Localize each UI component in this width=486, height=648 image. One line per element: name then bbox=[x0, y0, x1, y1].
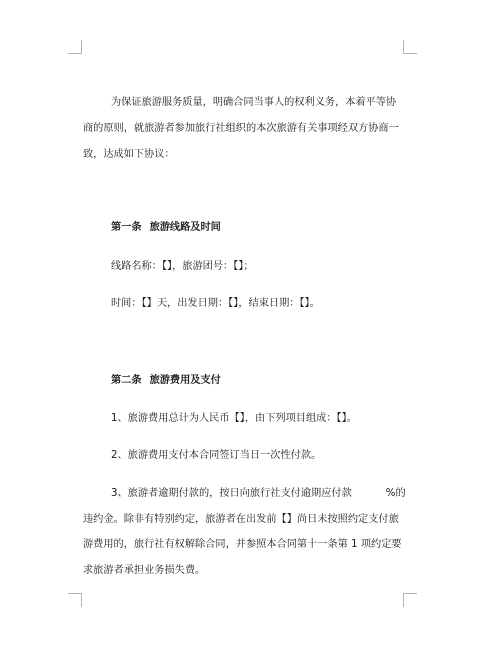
route-line: 线路名称：【】，旅游团号：【】； bbox=[111, 260, 254, 274]
article-1-number: 第一条 bbox=[111, 222, 142, 233]
article-1-heading: 第一条旅游线路及时间 bbox=[111, 221, 221, 235]
intro-line-3: 致，达成如下协议： bbox=[83, 148, 175, 162]
fee-item-3-line-3: 游费用的，旅行社有权解除合同，并参照本合同第十一条第 1 项约定要 bbox=[83, 538, 402, 552]
fee-item-3-line-4: 求旅游者承担业务损失费。 bbox=[83, 564, 205, 578]
article-1-title: 旅游线路及时间 bbox=[150, 222, 221, 233]
fee-item-2: 2、旅游费用支付本合同签订当日一次性付款。 bbox=[111, 449, 321, 463]
intro-line-1: 为保证旅游服务质量，明确合同当事人的权利义务，本着平等协 bbox=[111, 96, 396, 110]
crop-mark-top-left bbox=[68, 40, 82, 54]
article-2-title: 旅游费用及支付 bbox=[150, 375, 221, 386]
fee-item-3-percent: %的 bbox=[386, 488, 406, 499]
crop-mark-top-right bbox=[403, 40, 417, 54]
fee-item-3-line-1: 3、旅游者逾期付款的，按日向旅行社支付逾期应付款%的 bbox=[111, 487, 406, 501]
fee-item-3-text: 3、旅游者逾期付款的，按日向旅行社支付逾期应付款 bbox=[111, 488, 352, 499]
crop-mark-bottom-left bbox=[68, 593, 82, 607]
article-2-number: 第二条 bbox=[111, 375, 142, 386]
fee-item-1: 1、旅游费用总计为人民币【】，由下列项目组成：【】。 bbox=[111, 412, 357, 426]
time-line: 时间：【】天，出发日期：【】，结束日期：【】。 bbox=[111, 297, 320, 311]
article-2-heading: 第二条旅游费用及支付 bbox=[111, 374, 221, 388]
crop-mark-bottom-right bbox=[403, 593, 417, 607]
intro-line-2: 商的原则，就旅游者参加旅行社组织的本次旅游有关事项经双方协商一 bbox=[83, 122, 399, 136]
fee-item-3-line-2: 违约金。除非有特别约定，旅游者在出发前【】尚日未按照约定支付旅 bbox=[83, 513, 399, 527]
